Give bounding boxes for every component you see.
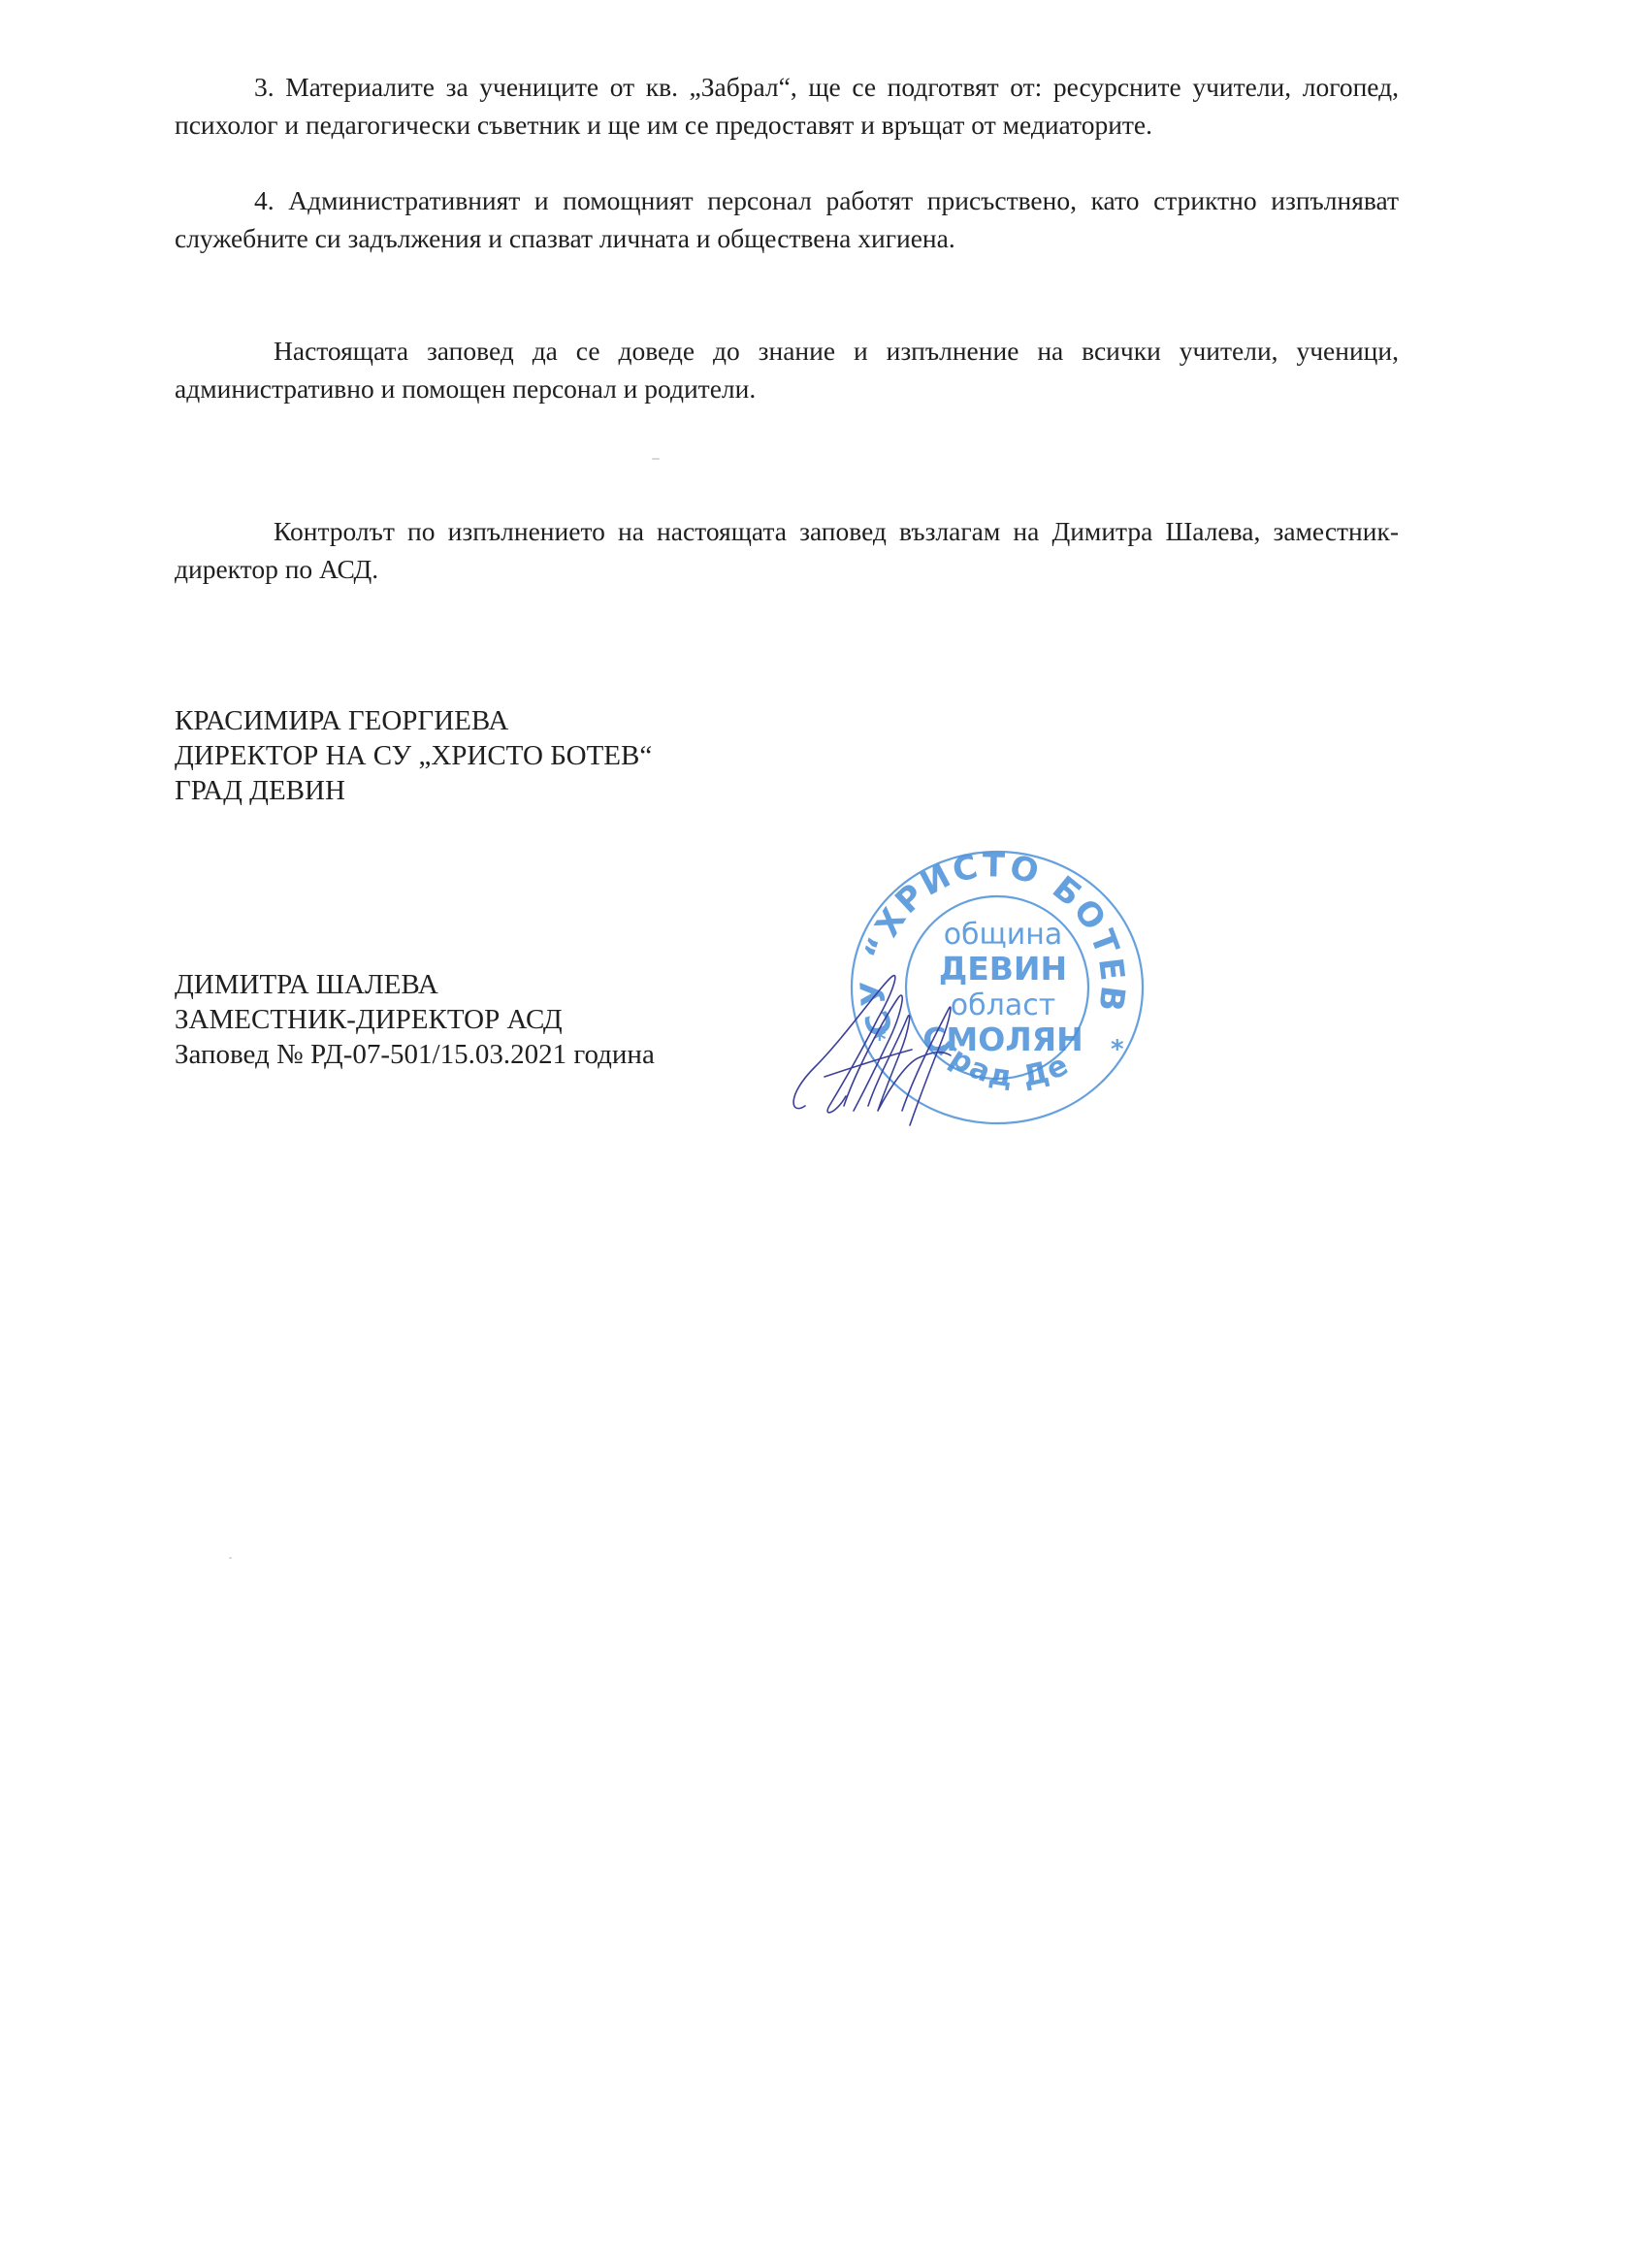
paragraph-announcement: Настоящата заповед да се доведе до знани… — [175, 332, 1399, 407]
deputy-signature-block: ДИМИТРА ШАЛЕВА ЗАМЕСТНИК-ДИРЕКТОР АСД За… — [175, 967, 655, 1072]
director-name: КРАСИМИРА ГЕОРГИЕВА — [175, 703, 652, 738]
stamp-star-right: * — [1111, 1035, 1124, 1064]
order-reference: Заповед № РД-07-501/15.03.2021 година — [175, 1037, 655, 1072]
paragraph-item-4-text: 4. Административният и помощният персона… — [175, 185, 1399, 253]
signature-scribble-icon — [786, 960, 970, 1130]
stamp-inner-line-1: община — [944, 918, 1063, 952]
handwritten-signature — [786, 960, 970, 1130]
director-city: ГРАД ДЕВИН — [175, 773, 652, 808]
director-signature-block: КРАСИМИРА ГЕОРГИЕВА ДИРЕКТОР НА СУ „ХРИС… — [175, 703, 652, 808]
document-page: 3. Материалите за учениците от кв. „Забр… — [0, 0, 1649, 2268]
paragraph-item-3: 3. Материалите за учениците от кв. „Забр… — [175, 68, 1399, 144]
director-title: ДИРЕКТОР НА СУ „ХРИСТО БОТЕВ“ — [175, 738, 652, 773]
paragraph-item-3-text: 3. Материалите за учениците от кв. „Забр… — [175, 72, 1399, 140]
paragraph-announcement-text: Настоящата заповед да се доведе до знани… — [175, 336, 1399, 404]
paragraph-item-4: 4. Административният и помощният персона… — [175, 181, 1399, 257]
deputy-title: ЗАМЕСТНИК-ДИРЕКТОР АСД — [175, 1002, 655, 1037]
paragraph-control-text: Контролът по изпълнението на настоящата … — [175, 516, 1399, 584]
scan-artifact — [229, 1557, 232, 1559]
paragraph-control: Контролът по изпълнението на настоящата … — [175, 512, 1399, 588]
deputy-name: ДИМИТРА ШАЛЕВА — [175, 967, 655, 1002]
scan-artifact — [652, 458, 660, 460]
